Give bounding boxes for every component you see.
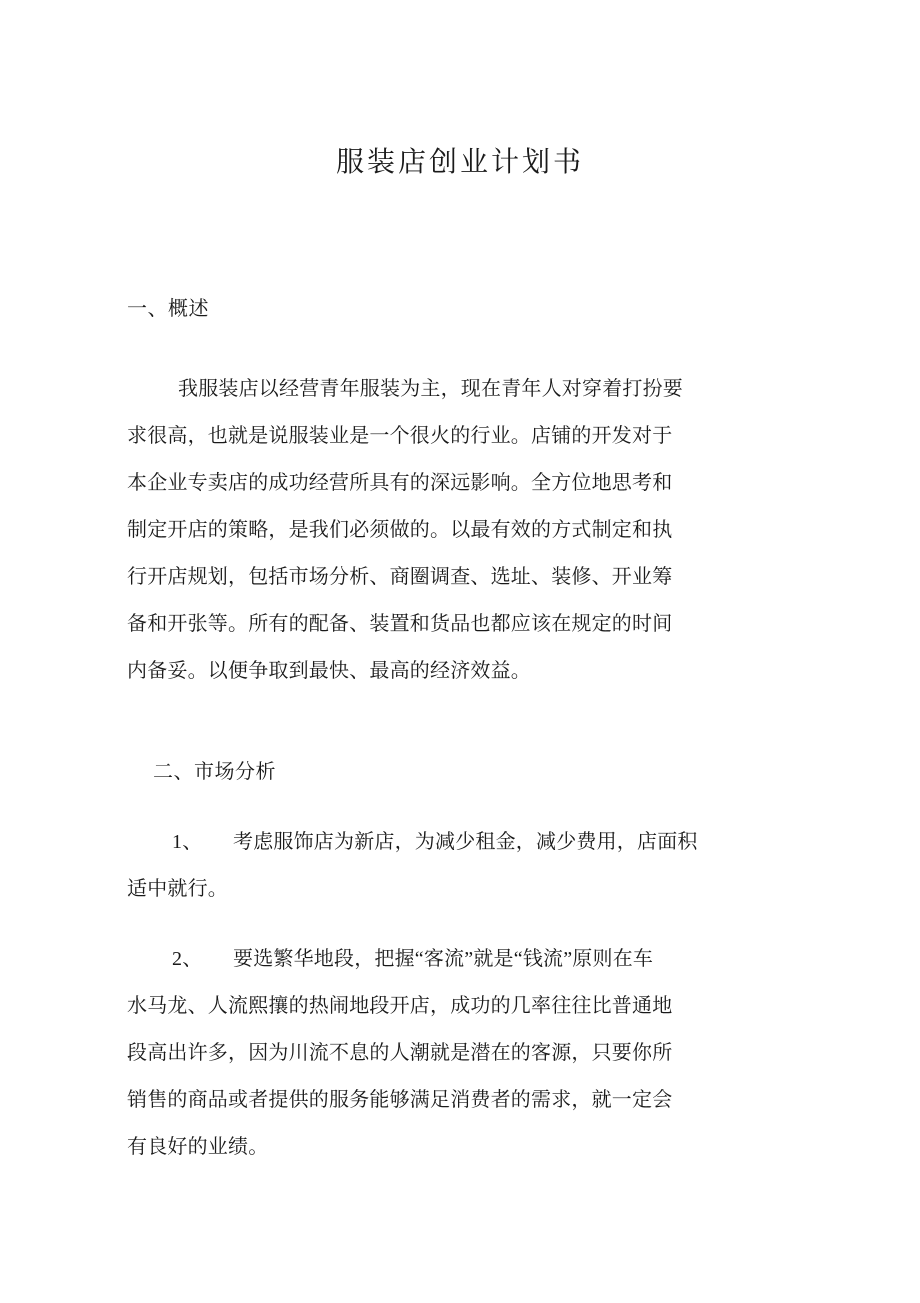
text-line: 备和开张等。所有的配备、装置和货品也都应该在规定的时间 xyxy=(127,601,683,648)
section-heading-market-analysis: 二、市场分析 xyxy=(153,749,276,796)
text-line: 制定开店的策略，是我们必须做的。以最有效的方式制定和执 xyxy=(127,507,683,554)
text-line: 内备妥。以便争取到最快、最高的经济效益。 xyxy=(127,648,683,695)
text-line: 要选繁华地段，把握“客流”就是“钱流”原则在车 xyxy=(127,936,672,983)
numbered-line: 2、 要选繁华地段，把握“客流”就是“钱流”原则在车 xyxy=(127,936,672,983)
text-line: 适中就行。 xyxy=(127,866,698,913)
document-title: 服装店创业计划书 xyxy=(0,139,920,186)
market-analysis-item-1: 1、 考虑服饰店为新店，为减少租金，减少费用，店面积 适中就行。 xyxy=(127,819,698,913)
text-line: 求很高，也就是说服装业是一个很火的行业。店铺的开发对于 xyxy=(127,413,683,460)
text-line: 有良好的业绩。 xyxy=(127,1124,672,1171)
market-analysis-item-2: 2、 要选繁华地段，把握“客流”就是“钱流”原则在车 水马龙、人流熙攘的热闹地段… xyxy=(127,936,672,1171)
text-line: 我服装店以经营青年服装为主，现在青年人对穿着打扮要 xyxy=(127,366,683,413)
text-line: 销售的商品或者提供的服务能够满足消费者的需求，就一定会 xyxy=(127,1077,672,1124)
text-line: 段高出许多，因为川流不息的人潮就是潜在的客源，只要你所 xyxy=(127,1030,672,1077)
section-heading-overview: 一、概述 xyxy=(127,286,209,333)
text-line: 考虑服饰店为新店，为减少租金，减少费用，店面积 xyxy=(127,819,698,866)
text-line: 本企业专卖店的成功经营所具有的深远影响。全方位地思考和 xyxy=(127,460,683,507)
overview-paragraph: 我服装店以经营青年服装为主，现在青年人对穿着打扮要 求很高，也就是说服装业是一个… xyxy=(127,366,683,695)
document-page: 服装店创业计划书 一、概述 我服装店以经营青年服装为主，现在青年人对穿着打扮要 … xyxy=(0,0,920,1303)
numbered-line: 1、 考虑服饰店为新店，为减少租金，减少费用，店面积 xyxy=(127,819,698,866)
text-line: 行开店规划，包括市场分析、商圈调查、选址、装修、开业筹 xyxy=(127,554,683,601)
text-line: 水马龙、人流熙攘的热闹地段开店，成功的几率往往比普通地 xyxy=(127,983,672,1030)
item-number: 2、 xyxy=(172,936,202,983)
item-number: 1、 xyxy=(172,819,202,866)
